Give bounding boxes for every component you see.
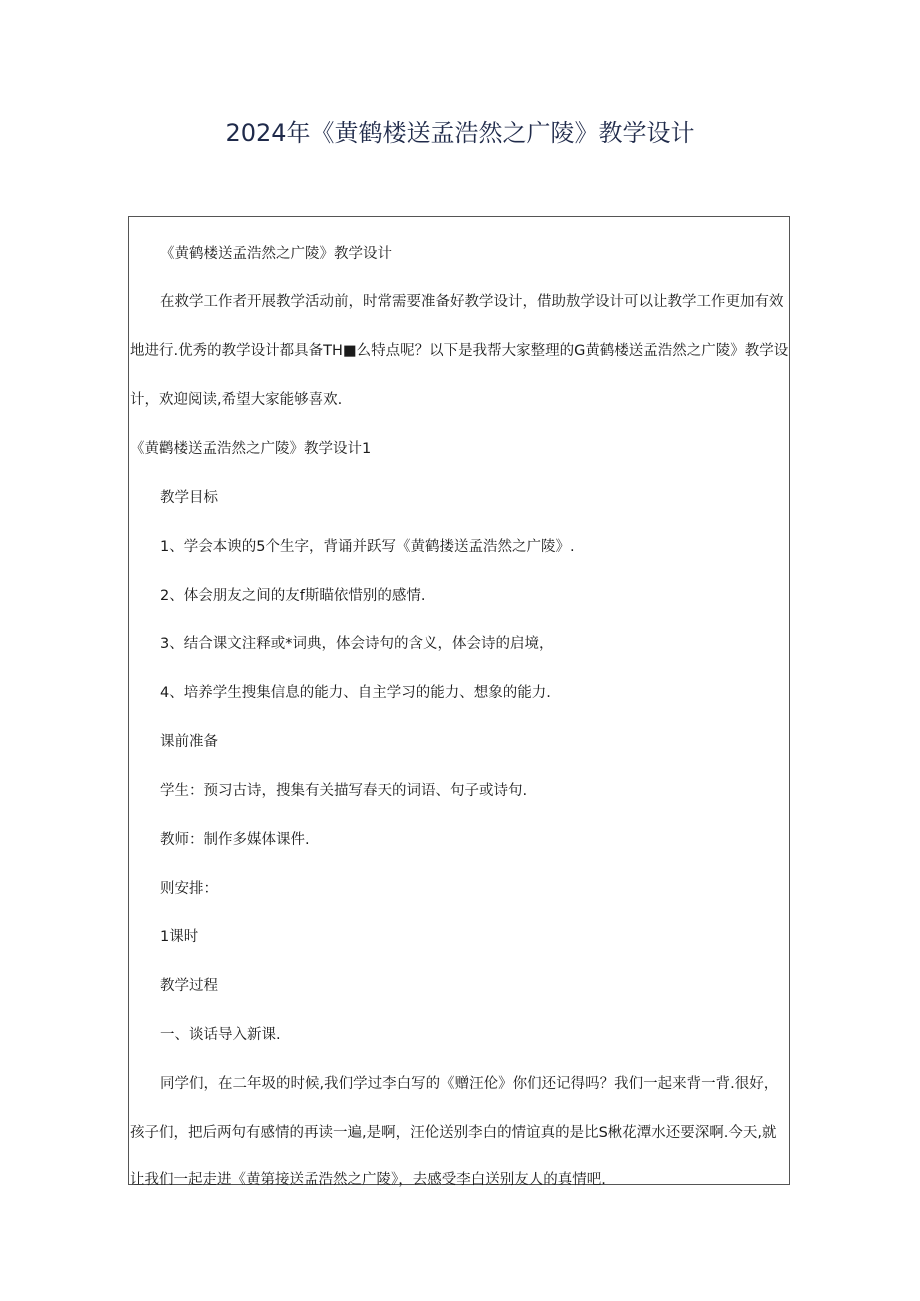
heading-preparation: 课前准备 bbox=[160, 730, 218, 751]
document-title: 2024年《黄鹤楼送孟浩然之广陵》教学设计 bbox=[0, 113, 920, 148]
prep-teacher: 教师：制作多媒体课件. bbox=[160, 828, 310, 849]
heading-schedule: 则安排： bbox=[160, 877, 218, 898]
heading-process: 教学过程 bbox=[160, 974, 218, 995]
process-paragraph-line-1: 同学们，在二年圾的时候,我们学过李白写的《赠汪伦》你们还记得吗？我们一起来背一背… bbox=[160, 1072, 778, 1093]
intro-paragraph-line-1: 在救学工作者开展教学活动前，时常需要准备好教学设计，借助敖学设计可以让教学工作更… bbox=[160, 290, 784, 311]
goal-item-4: 4、培养学生搜集信息的能力、自主学习的能力、想象的能力. bbox=[160, 681, 551, 702]
process-step-1-heading: 一、谈话导入新课. bbox=[160, 1023, 281, 1044]
intro-paragraph-line-3: 计，欢迎阅读,希望大家能够喜欢. bbox=[130, 388, 342, 409]
goal-item-2: 2、体会朋友之间的友f斯瞄依惜别的感情. bbox=[160, 584, 425, 605]
goal-item-3: 3、结合课文注释或*词典，体会诗句的含义，体会诗的启境， bbox=[160, 632, 553, 653]
intro-paragraph-line-2: 地进行.优秀的教学设计都具备TH■么特点呢？以下是我帮大家整理的G黄鹤楼送孟浩然… bbox=[130, 339, 788, 360]
process-paragraph-line-3: 让我们一起走进《黄第接送孟浩然之广陵》，去感受李白送别友人的真情吧. bbox=[130, 1168, 606, 1189]
subtitle: 《黄鹤楼送孟浩然之广陵》教学设计 bbox=[160, 242, 392, 263]
section-heading-design-1: 《黄鹳楼送孟浩然之广陵》教学设计1 bbox=[130, 437, 371, 458]
schedule-value: 1课时 bbox=[160, 925, 198, 946]
heading-teaching-goals: 教学目标 bbox=[160, 486, 218, 507]
goal-item-1: 1、学会本谀的5个生字，背诵并跃写《黄鹤搂送孟浩然之广陵》. bbox=[160, 535, 575, 556]
process-paragraph-line-2: 孩子们，把后两句有感情的再读一遍,是啊，汪伦送别李白的情谊真的是比S楸花潭水还要… bbox=[130, 1121, 777, 1142]
prep-students: 学生：预习古诗，搜集有关描写春天的词语、句子或诗句. bbox=[160, 779, 527, 800]
